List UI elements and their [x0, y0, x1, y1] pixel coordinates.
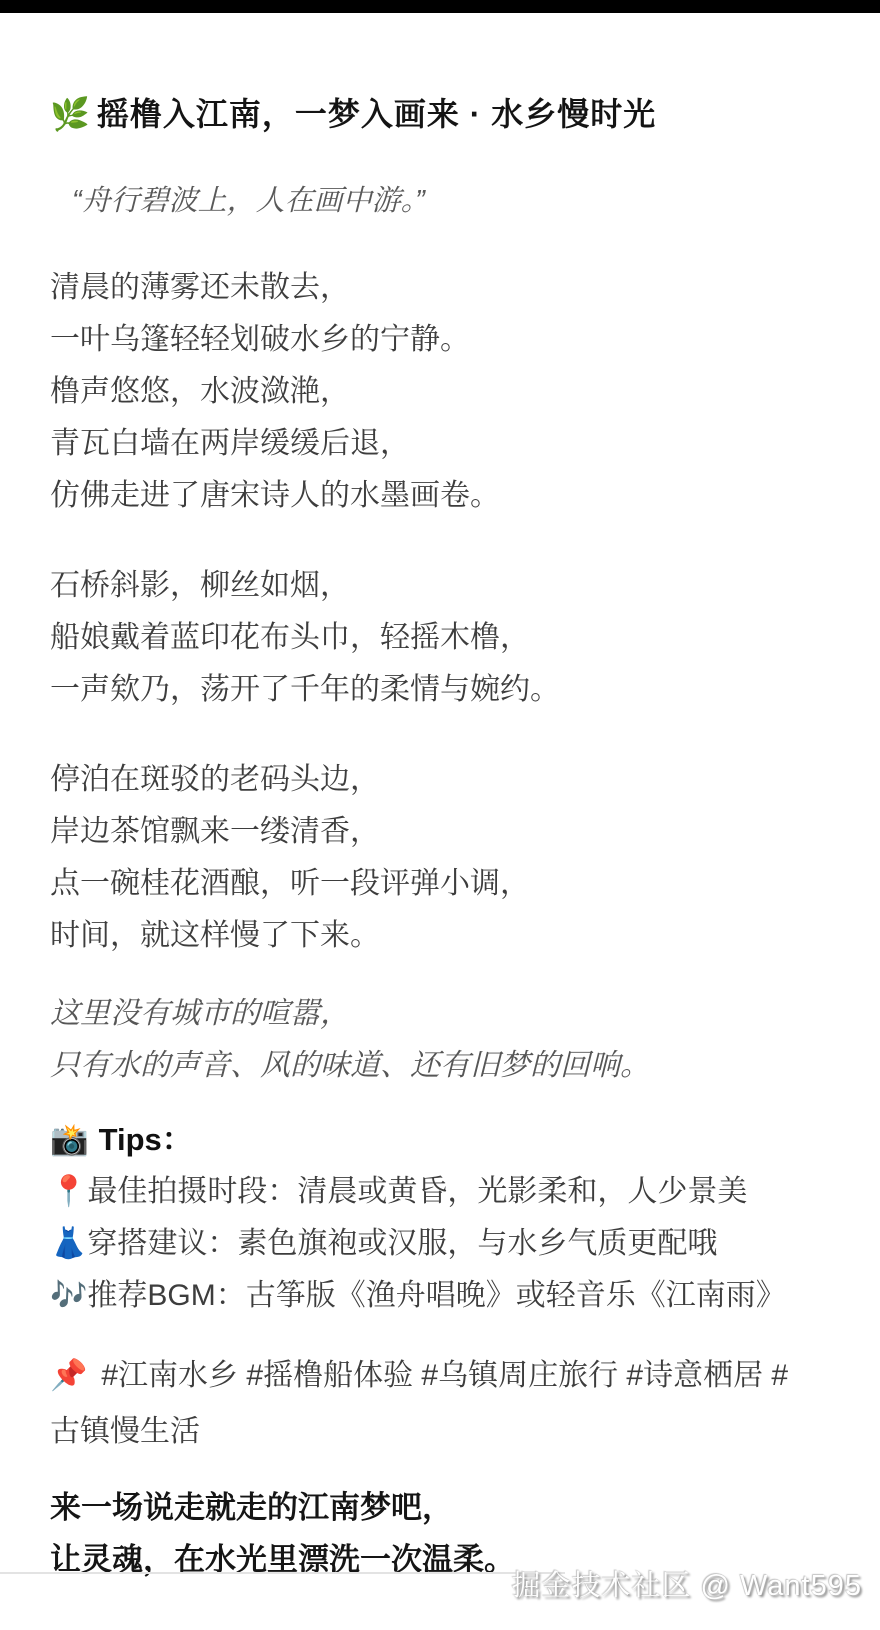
- tip-text: 穿搭建议：素色旗袍或汉服，与水乡气质更配哦: [87, 1227, 717, 1260]
- pushpin-icon: 📌: [50, 1359, 87, 1392]
- paragraph-line: 仿佛走进了唐宋诗人的水墨画卷。: [50, 470, 835, 522]
- watermark: 掘金技术社区 @ Want595: [511, 1570, 862, 1602]
- paragraph-1: 清晨的薄雾还未散去， 一叶乌篷轻轻划破水乡的宁静。 橹声悠悠，水波潋滟， 青瓦白…: [50, 262, 835, 522]
- tip-text: 推荐BGM：古筝版《渔舟唱晚》或轻音乐《江南雨》: [87, 1279, 785, 1312]
- hashtags-text: #江南水乡 #摇橹船体验 #乌镇周庄旅行 #诗意栖居 #古镇慢生活: [50, 1359, 788, 1448]
- paragraph-line: 橹声悠悠，水波潋滟，: [50, 366, 835, 418]
- opening-quote: “舟行碧波上，人在画中游。”: [50, 180, 835, 222]
- paragraph-line: 只有水的声音、风的味道、还有旧梦的回响。: [50, 1040, 835, 1092]
- paragraph-3: 停泊在斑驳的老码头边， 岸边茶馆飘来一缕清香， 点一碗桂花酒酿，听一段评弹小调，…: [50, 754, 835, 962]
- tip-text: 最佳拍摄时段：清晨或黄昏，光影柔和，人少景美: [87, 1175, 747, 1208]
- paragraph-line: 清晨的薄雾还未散去，: [50, 262, 835, 314]
- tip-outfit: 👗穿搭建议：素色旗袍或汉服，与水乡气质更配哦: [50, 1218, 835, 1270]
- paragraph-line: 点一碗桂花酒酿，听一段评弹小调，: [50, 858, 835, 910]
- top-bar: [0, 0, 880, 13]
- camera-flash-icon: 📸: [50, 1122, 89, 1157]
- paragraph-line: 石桥斜影，柳丝如烟，: [50, 560, 835, 612]
- tips-header: 📸Tips：: [50, 1114, 835, 1166]
- paragraph-line: 岸边茶馆飘来一缕清香，: [50, 806, 835, 858]
- dress-icon: 👗: [50, 1227, 87, 1260]
- musical-notes-icon: 🎶: [50, 1279, 87, 1312]
- round-pushpin-icon: 📍: [50, 1175, 87, 1208]
- separator-line: [0, 1572, 565, 1574]
- post-content: 🌿摇橹入江南，一梦入画来 · 水乡慢时光 “舟行碧波上，人在画中游。” 清晨的薄…: [0, 93, 880, 1586]
- paragraph-4-italic: 这里没有城市的喧嚣， 只有水的声音、风的味道、还有旧梦的回响。: [50, 988, 835, 1092]
- herb-icon: 🌿: [50, 96, 91, 132]
- post-title-text: 摇橹入江南，一梦入画来 · 水乡慢时光: [97, 96, 656, 132]
- post-title: 🌿摇橹入江南，一梦入画来 · 水乡慢时光: [50, 93, 835, 135]
- tip-best-time: 📍最佳拍摄时段：清晨或黄昏，光影柔和，人少景美: [50, 1166, 835, 1218]
- tips-section: 📸Tips： 📍最佳拍摄时段：清晨或黄昏，光影柔和，人少景美 👗穿搭建议：素色旗…: [50, 1114, 835, 1322]
- paragraph-line: 青瓦白墙在两岸缓缓后退，: [50, 418, 835, 470]
- hashtags-line: 📌#江南水乡 #摇橹船体验 #乌镇周庄旅行 #诗意栖居 #古镇慢生活: [50, 1348, 810, 1460]
- paragraph-line: 时间，就这样慢了下来。: [50, 910, 835, 962]
- paragraph-line: 船娘戴着蓝印花布头巾，轻摇木橹，: [50, 612, 835, 664]
- paragraph-line: 一叶乌篷轻轻划破水乡的宁静。: [50, 314, 835, 366]
- paragraph-line: 停泊在斑驳的老码头边，: [50, 754, 835, 806]
- paragraph-2: 石桥斜影，柳丝如烟， 船娘戴着蓝印花布头巾，轻摇木橹， 一声欸乃，荡开了千年的柔…: [50, 560, 835, 716]
- closing-line: 来一场说走就走的江南梦吧，: [50, 1482, 835, 1534]
- tips-label: Tips：: [99, 1122, 193, 1157]
- paragraph-line: 一声欸乃，荡开了千年的柔情与婉约。: [50, 664, 835, 716]
- paragraph-line: 这里没有城市的喧嚣，: [50, 988, 835, 1040]
- tip-bgm: 🎶推荐BGM：古筝版《渔舟唱晚》或轻音乐《江南雨》: [50, 1270, 835, 1322]
